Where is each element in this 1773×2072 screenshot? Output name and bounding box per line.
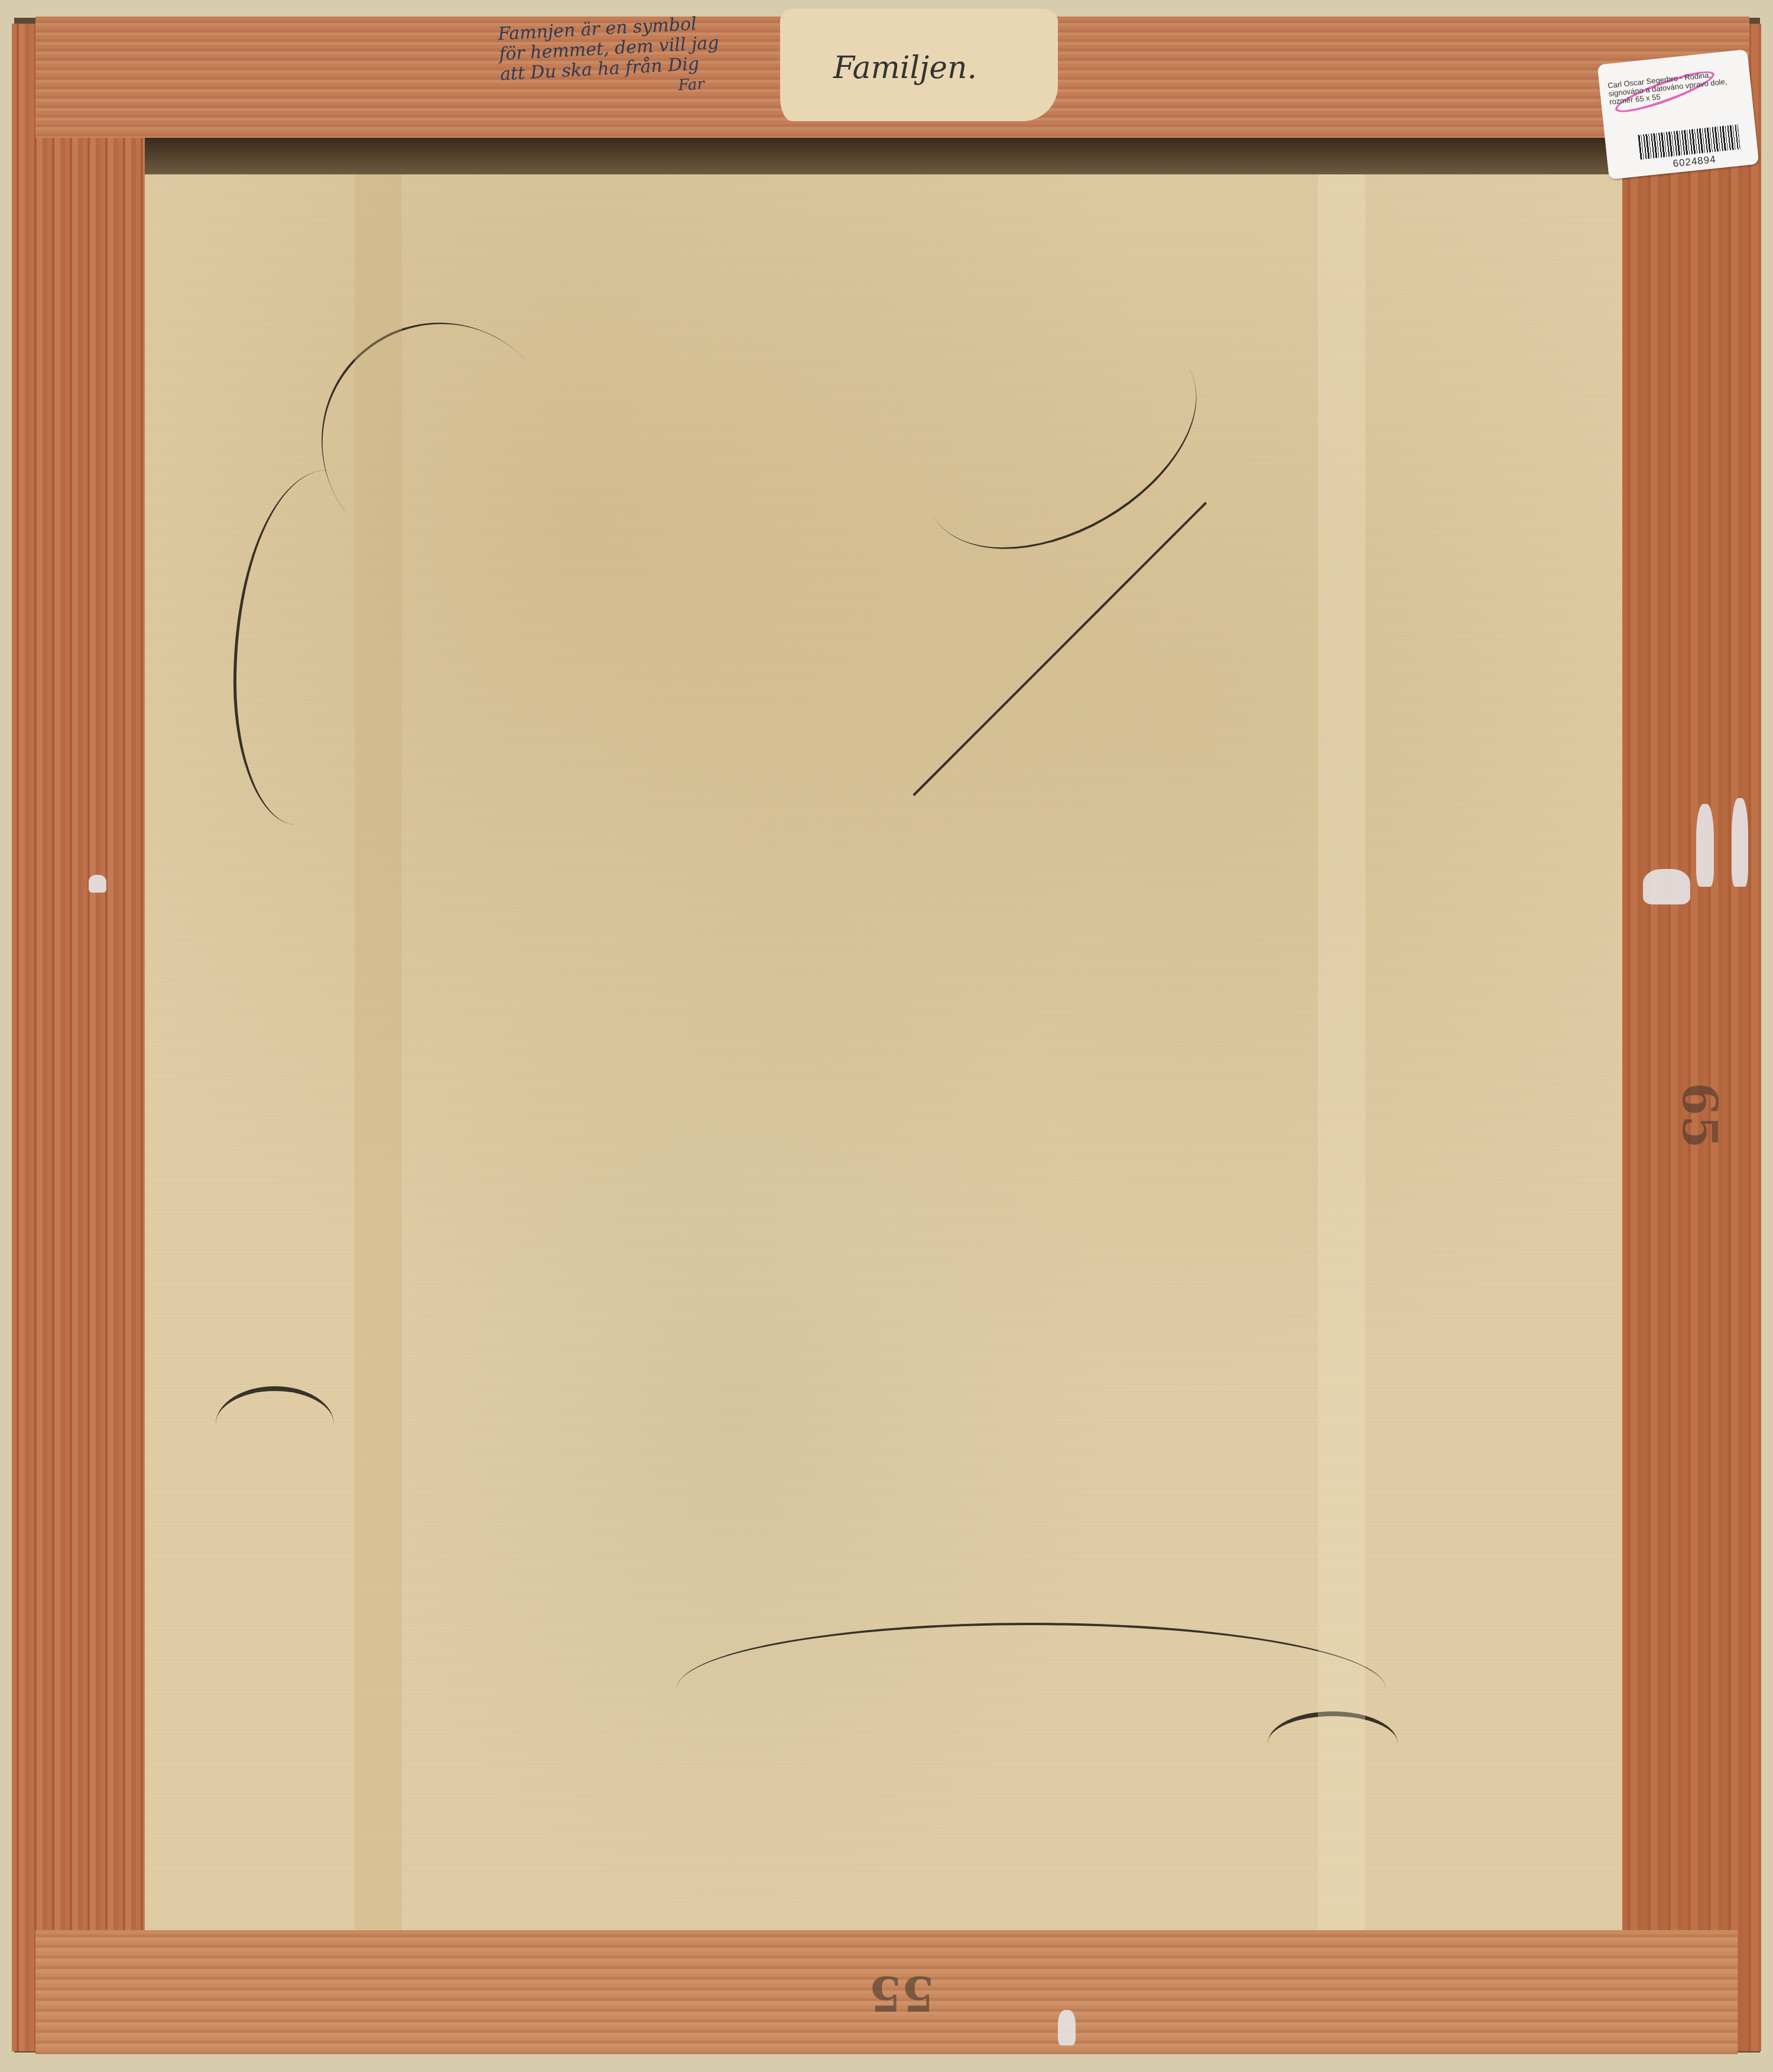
paint-mark: [1058, 2010, 1076, 2045]
canvas-fold-right: [1760, 0, 1773, 2072]
auction-sticker: Carl Oscar Segerbro - Rodina, signováno …: [1597, 49, 1759, 180]
scan-band: [1318, 174, 1365, 1930]
craquelure: [888, 290, 1233, 593]
scan-band: [355, 174, 402, 1930]
paint-mark: [1696, 804, 1714, 887]
sticker-description: Carl Oscar Segerbro - Rodina, signováno …: [1608, 67, 1745, 106]
paint-mark: [89, 875, 106, 893]
paint-mark: [1643, 869, 1690, 904]
craquelure: [913, 502, 1209, 798]
paint-mark: [1732, 798, 1748, 887]
stencil-number-right: 65: [1672, 1082, 1727, 1148]
canvas-fold-bottom: [0, 2052, 1773, 2072]
title-label-text: Familjen.: [833, 50, 977, 86]
barcode-icon: [1638, 125, 1740, 160]
craquelure: [216, 1386, 334, 1462]
stretcher-bar-right: [1622, 24, 1761, 2051]
handwritten-inscription: Famnjen är en symbol för hemmet, dem vil…: [498, 11, 762, 105]
stretcher-bar-left: [12, 24, 145, 2051]
barcode-number: 6024894: [1673, 154, 1717, 170]
frame-shadow: [145, 138, 1622, 174]
stencil-number-bottom: 55: [869, 1966, 934, 2021]
